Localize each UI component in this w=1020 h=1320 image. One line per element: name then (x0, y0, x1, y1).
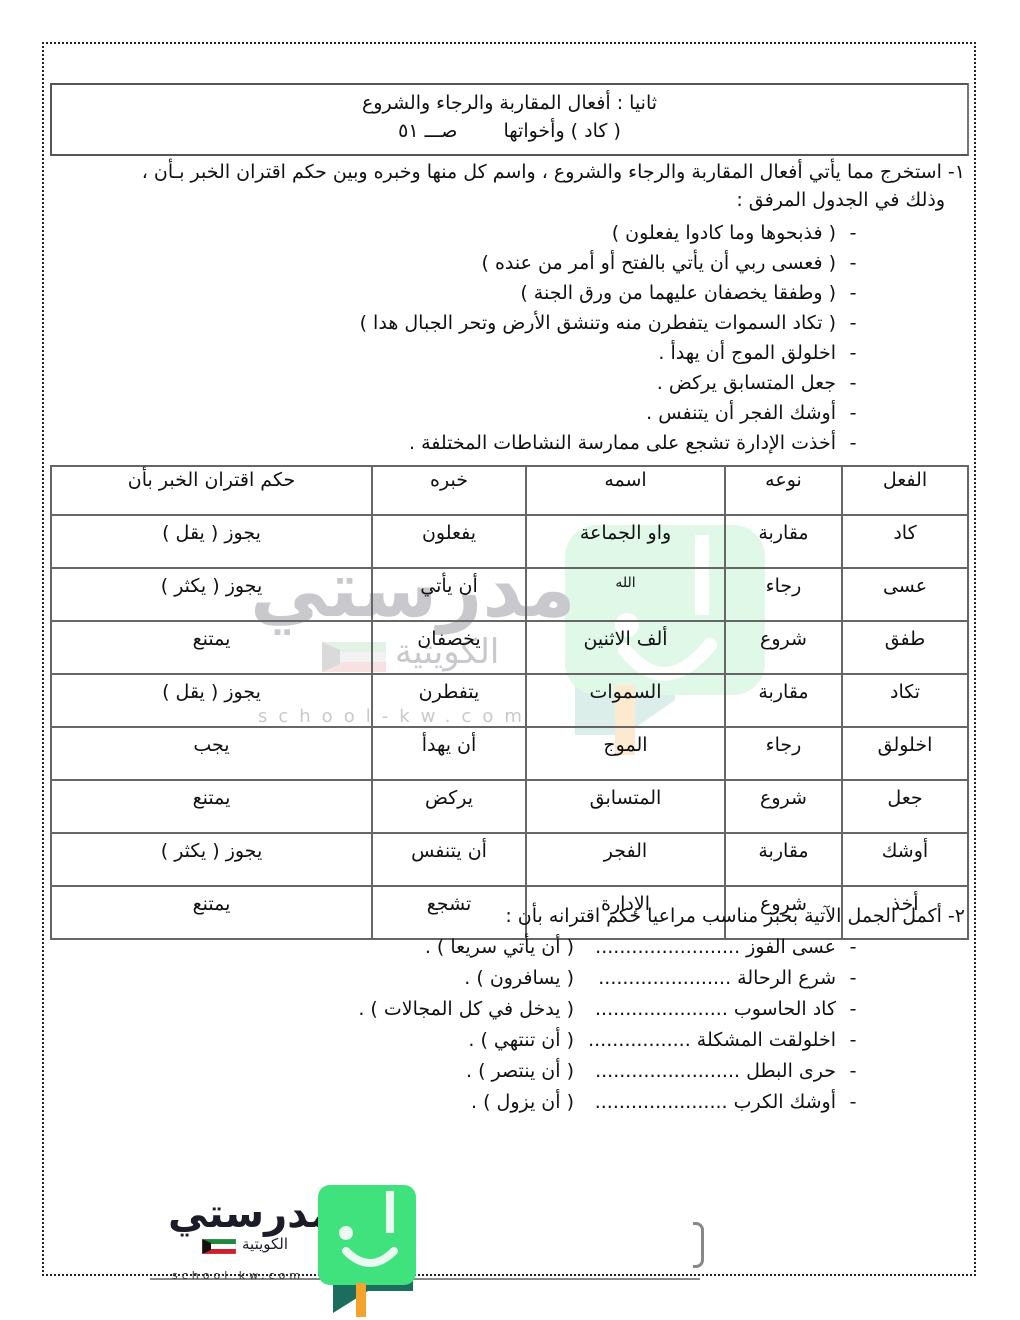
cell-verb: اخلولق (842, 727, 968, 780)
sentence-answer: ( أن يزول ) . (471, 1087, 586, 1118)
sentence-answer: ( يدخل في كل المجالات ) . (358, 994, 586, 1025)
sentence-answer: ( يسافرون ) . (464, 963, 586, 994)
table-row: اخلولق رجاء الموج أن يهدأ يجب (51, 727, 968, 780)
cell-ruling: يمتنع (51, 621, 372, 674)
list-item: -أوشك الفجر أن يتنفس . (170, 398, 870, 428)
section-subtitle-line: ( كاد ) وأخواتها صـــ ٥١ (52, 117, 967, 145)
list-item: -أوشك الكرب ......................( أن ي… (170, 1087, 870, 1118)
cell-predicate: أن يتنفس (372, 833, 526, 886)
footer-url: school kw.com (172, 1269, 304, 1282)
bullet: - (836, 218, 870, 248)
sentence-stem: أوشك الكرب ...................... (586, 1087, 836, 1118)
list-item: -عسى الفوز ........................( أن … (170, 932, 870, 963)
sentence-stem: شرع الرحالة ...................... (586, 963, 836, 994)
bullet: - (836, 1025, 870, 1056)
list-item: -اخلولق الموج أن يهدأ . (170, 338, 870, 368)
list-item-text: أخذت الإدارة تشجع على ممارسة النشاطات ال… (409, 428, 836, 458)
section-subtitle: ( كاد ) وأخواتها (503, 120, 620, 142)
footer-brand-sub: الكويتية (242, 1235, 288, 1253)
header-ruling: حكم اقتران الخبر بأن (51, 466, 372, 515)
sentence-stem: كاد الحاسوب ...................... (586, 994, 836, 1025)
bullet: - (836, 963, 870, 994)
cell-verb: طفق (842, 621, 968, 674)
cell-predicate: أن يهدأ (372, 727, 526, 780)
cell-ruling: يجوز ( يقل ) (51, 515, 372, 568)
sentence-stem: اخلولقت المشكلة ................. (586, 1025, 836, 1056)
cell-predicate: أن يأتي (372, 568, 526, 621)
sentence-answer: ( أن يأتي سريعا ) . (425, 932, 586, 963)
question1-instruction-line1: ١- استخرج مما يأتي أفعال المقاربة والرجا… (45, 158, 965, 186)
cell-type: شروع (725, 621, 842, 674)
cell-verb: تكاد (842, 674, 968, 727)
table-row: أوشك مقاربة الفجر أن يتنفس يجوز ( يكثر ) (51, 833, 968, 886)
table-row: تكاد مقاربة السموات يتفطرن يجوز ( يقل ) (51, 674, 968, 727)
answers-table: الفعل نوعه اسمه خبره حكم اقتران الخبر بأ… (50, 465, 969, 940)
bullet: - (836, 994, 870, 1025)
list-item: -كاد الحاسوب ......................( يدخ… (170, 994, 870, 1025)
bullet: - (836, 932, 870, 963)
list-item: -( وطفقا يخصفان عليهما من ورق الجنة ) (170, 278, 870, 308)
list-item-text: ( فذبحوها وما كادوا يفعلون ) (612, 218, 836, 248)
table-row: جعل شروع المتسابق يركض يمتنع (51, 780, 968, 833)
cell-subject: ألف الاثنين (526, 621, 725, 674)
page-reference: صـــ ٥١ (398, 120, 457, 142)
cell-subject: الموج (526, 727, 725, 780)
table-row: كاد مقاربة واو الجماعة يفعلون يجوز ( يقل… (51, 515, 968, 568)
cell-ruling: يجب (51, 727, 372, 780)
cell-predicate: يخصفان (372, 621, 526, 674)
list-item-text: ( وطفقا يخصفان عليهما من ورق الجنة ) (520, 278, 836, 308)
list-item-text: اخلولق الموج أن يهدأ . (658, 338, 836, 368)
bullet: - (836, 308, 870, 338)
footer-logo: مدرستي الكويتية school kw.com (150, 1183, 420, 1318)
list-item: -شرع الرحالة ......................( يسا… (170, 963, 870, 994)
list-item-text: ( فعسى ربي أن يأتي بالفتح أو أمر من عنده… (482, 248, 837, 278)
cell-verb: أوشك (842, 833, 968, 886)
question2-instruction: ٢- أكمل الجمل الآتية بخبر مناسب مراعيا ح… (505, 902, 965, 930)
sentence-answer: ( أن تنتهي ) . (468, 1025, 586, 1056)
bullet: - (836, 278, 870, 308)
cell-subject: السموات (526, 674, 725, 727)
madrasati-app-icon (318, 1183, 418, 1318)
table-row: عسى رجاء الله أن يأتي يجوز ( يكثر ) (51, 568, 968, 621)
header-verb: الفعل (842, 466, 968, 515)
question1-list: -( فذبحوها وما كادوا يفعلون ) -( فعسى رب… (170, 218, 870, 458)
cell-type: مقاربة (725, 674, 842, 727)
list-item-text: أوشك الفجر أن يتنفس . (646, 398, 836, 428)
bullet: - (836, 428, 870, 458)
cell-subject: المتسابق (526, 780, 725, 833)
sentence-stem: حرى البطل ........................ (586, 1056, 836, 1087)
cell-verb: عسى (842, 568, 968, 621)
header-type: نوعه (725, 466, 842, 515)
table-header-row: الفعل نوعه اسمه خبره حكم اقتران الخبر بأ… (51, 466, 968, 515)
cell-subject: الله (526, 568, 725, 621)
header-predicate: خبره (372, 466, 526, 515)
cell-type: رجاء (725, 727, 842, 780)
cell-verb: كاد (842, 515, 968, 568)
cell-type: رجاء (725, 568, 842, 621)
list-item-text: ( تكاد السموات يتفطرن منه وتنشق الأرض وت… (360, 308, 836, 338)
section-title: ثانيا : أفعال المقاربة والرجاء والشروع (52, 89, 967, 117)
cell-verb: جعل (842, 780, 968, 833)
cell-subject: الفجر (526, 833, 725, 886)
cell-type: مقاربة (725, 515, 842, 568)
question2-list: -عسى الفوز ........................( أن … (170, 932, 870, 1118)
footer-bracket-decoration (693, 1222, 704, 1268)
list-item: -جعل المتسابق يركض . (170, 368, 870, 398)
cell-subject: واو الجماعة (526, 515, 725, 568)
bullet: - (836, 248, 870, 278)
cell-predicate: يتفطرن (372, 674, 526, 727)
cell-ruling: يجوز ( يكثر ) (51, 833, 372, 886)
cell-ruling: يجوز ( يقل ) (51, 674, 372, 727)
bullet: - (836, 398, 870, 428)
list-item: -( فعسى ربي أن يأتي بالفتح أو أمر من عند… (170, 248, 870, 278)
cell-ruling: يمتنع (51, 780, 372, 833)
question1-instruction-line2: وذلك في الجدول المرفق : (45, 186, 965, 214)
sentence-answer: ( أن ينتصر ) . (466, 1056, 586, 1087)
list-item: -اخلولقت المشكلة .................( أن ت… (170, 1025, 870, 1056)
section-title-box: ثانيا : أفعال المقاربة والرجاء والشروع (… (50, 83, 969, 156)
header-subject: اسمه (526, 466, 725, 515)
list-item: -( فذبحوها وما كادوا يفعلون ) (170, 218, 870, 248)
list-item: -( تكاد السموات يتفطرن منه وتنشق الأرض و… (170, 308, 870, 338)
kuwait-flag-icon (202, 1239, 236, 1254)
list-item: -أخذت الإدارة تشجع على ممارسة النشاطات ا… (170, 428, 870, 458)
cell-type: شروع (725, 780, 842, 833)
sentence-stem: عسى الفوز ........................ (586, 932, 836, 963)
cell-predicate: يركض (372, 780, 526, 833)
table-row: طفق شروع ألف الاثنين يخصفان يمتنع (51, 621, 968, 674)
list-item: -حرى البطل ........................( أن … (170, 1056, 870, 1087)
footer-brand: مدرستي (168, 1191, 335, 1237)
bullet: - (836, 1087, 870, 1118)
bullet: - (836, 338, 870, 368)
cell-predicate: يفعلون (372, 515, 526, 568)
bullet: - (836, 1056, 870, 1087)
list-item-text: جعل المتسابق يركض . (657, 368, 836, 398)
cell-type: مقاربة (725, 833, 842, 886)
question1-instruction: ١- استخرج مما يأتي أفعال المقاربة والرجا… (45, 158, 965, 214)
bullet: - (836, 368, 870, 398)
cell-ruling: يجوز ( يكثر ) (51, 568, 372, 621)
